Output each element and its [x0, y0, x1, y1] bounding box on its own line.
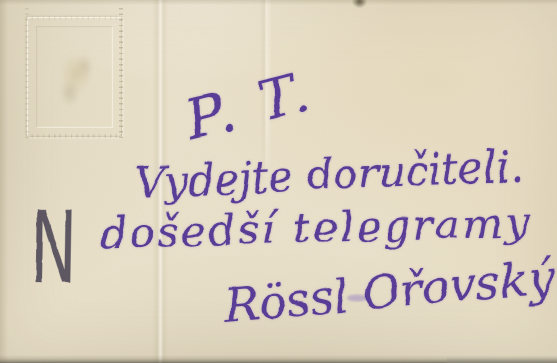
- card-edge-left: [0, 0, 8, 363]
- card-edge-top: [0, 0, 557, 5]
- handwriting-layer: P. T. Vydejte doručiteli. došedší telegr…: [0, 0, 557, 363]
- margin-mark-n: N: [30, 189, 78, 306]
- body-line1-text: Vydejte doručiteli.: [134, 141, 524, 209]
- corner-shade-bottom-right: [447, 357, 557, 363]
- scanned-card: P. T. Vydejte doručiteli. došedší telegr…: [0, 0, 557, 363]
- salutation-text: P. T.: [179, 59, 321, 153]
- signature-text: Rössl Ořovský: [221, 250, 556, 333]
- body-line2-text: došedší telegramy: [99, 199, 532, 259]
